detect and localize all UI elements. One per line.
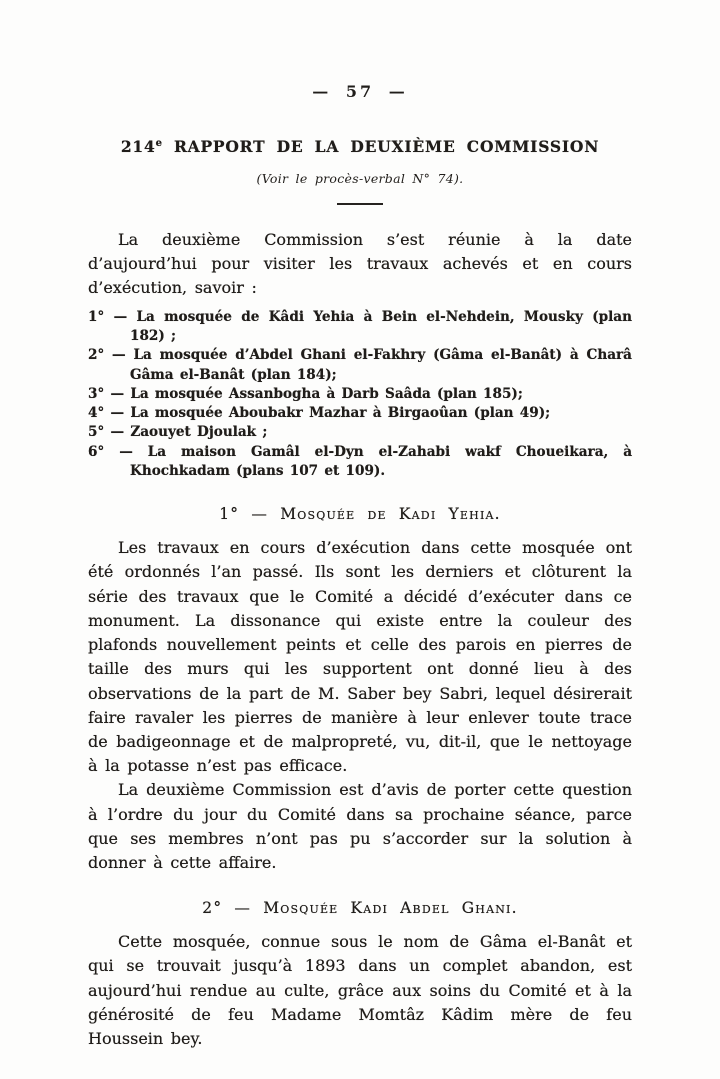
report-title-text: RAPPORT DE LA DEUXIÈME COMMISSION [163, 137, 599, 156]
intro-paragraph: La deuxième Commission s’est réunie à la… [88, 228, 632, 301]
section-paragraph: Cette mosquée, connue sous le nom de Gâm… [88, 930, 632, 1051]
list-item: 1° — La mosquée de Kâdi Yehia à Bein el-… [88, 308, 632, 347]
document-page: — 57 — 214e RAPPORT DE LA DEUXIÈME COMMI… [88, 0, 632, 1051]
list-item: 4° — La mosquée Aboubakr Mazhar à Birgao… [88, 404, 632, 423]
report-title-ordinal: e [156, 138, 163, 149]
report-title-number: 214 [121, 137, 156, 156]
section-paragraph: La deuxième Commission est d’avis de por… [88, 778, 632, 875]
section-heading: 1° — Mosquée de Kadi Yehia. [88, 505, 632, 523]
list-item: 2° — La mosquée d’Abdel Ghani el-Fakhry … [88, 346, 632, 385]
list-item: 3° — La mosquée Assanbogha à Darb Saâda … [88, 385, 632, 404]
section-kadi-abdel-ghani: 2° — Mosquée Kadi Abdel Ghani. Cette mos… [88, 899, 632, 1051]
page-number: — 57 — [88, 82, 632, 101]
divider-rule [337, 203, 383, 205]
section-heading: 2° — Mosquée Kadi Abdel Ghani. [88, 899, 632, 917]
section-paragraph: Les travaux en cours d’exécution dans ce… [88, 536, 632, 778]
report-title: 214e RAPPORT DE LA DEUXIÈME COMMISSION [88, 137, 632, 156]
mosque-list: 1° — La mosquée de Kâdi Yehia à Bein el-… [88, 308, 632, 482]
section-kadi-yehia: 1° — Mosquée de Kadi Yehia. Les travaux … [88, 505, 632, 875]
list-item: 5° — Zaouyet Djoulak ; [88, 423, 632, 442]
report-subtitle: (Voir le procès-verbal N° 74). [88, 171, 632, 186]
list-item: 6° — La maison Gamâl el-Dyn el-Zahabi wa… [88, 443, 632, 482]
